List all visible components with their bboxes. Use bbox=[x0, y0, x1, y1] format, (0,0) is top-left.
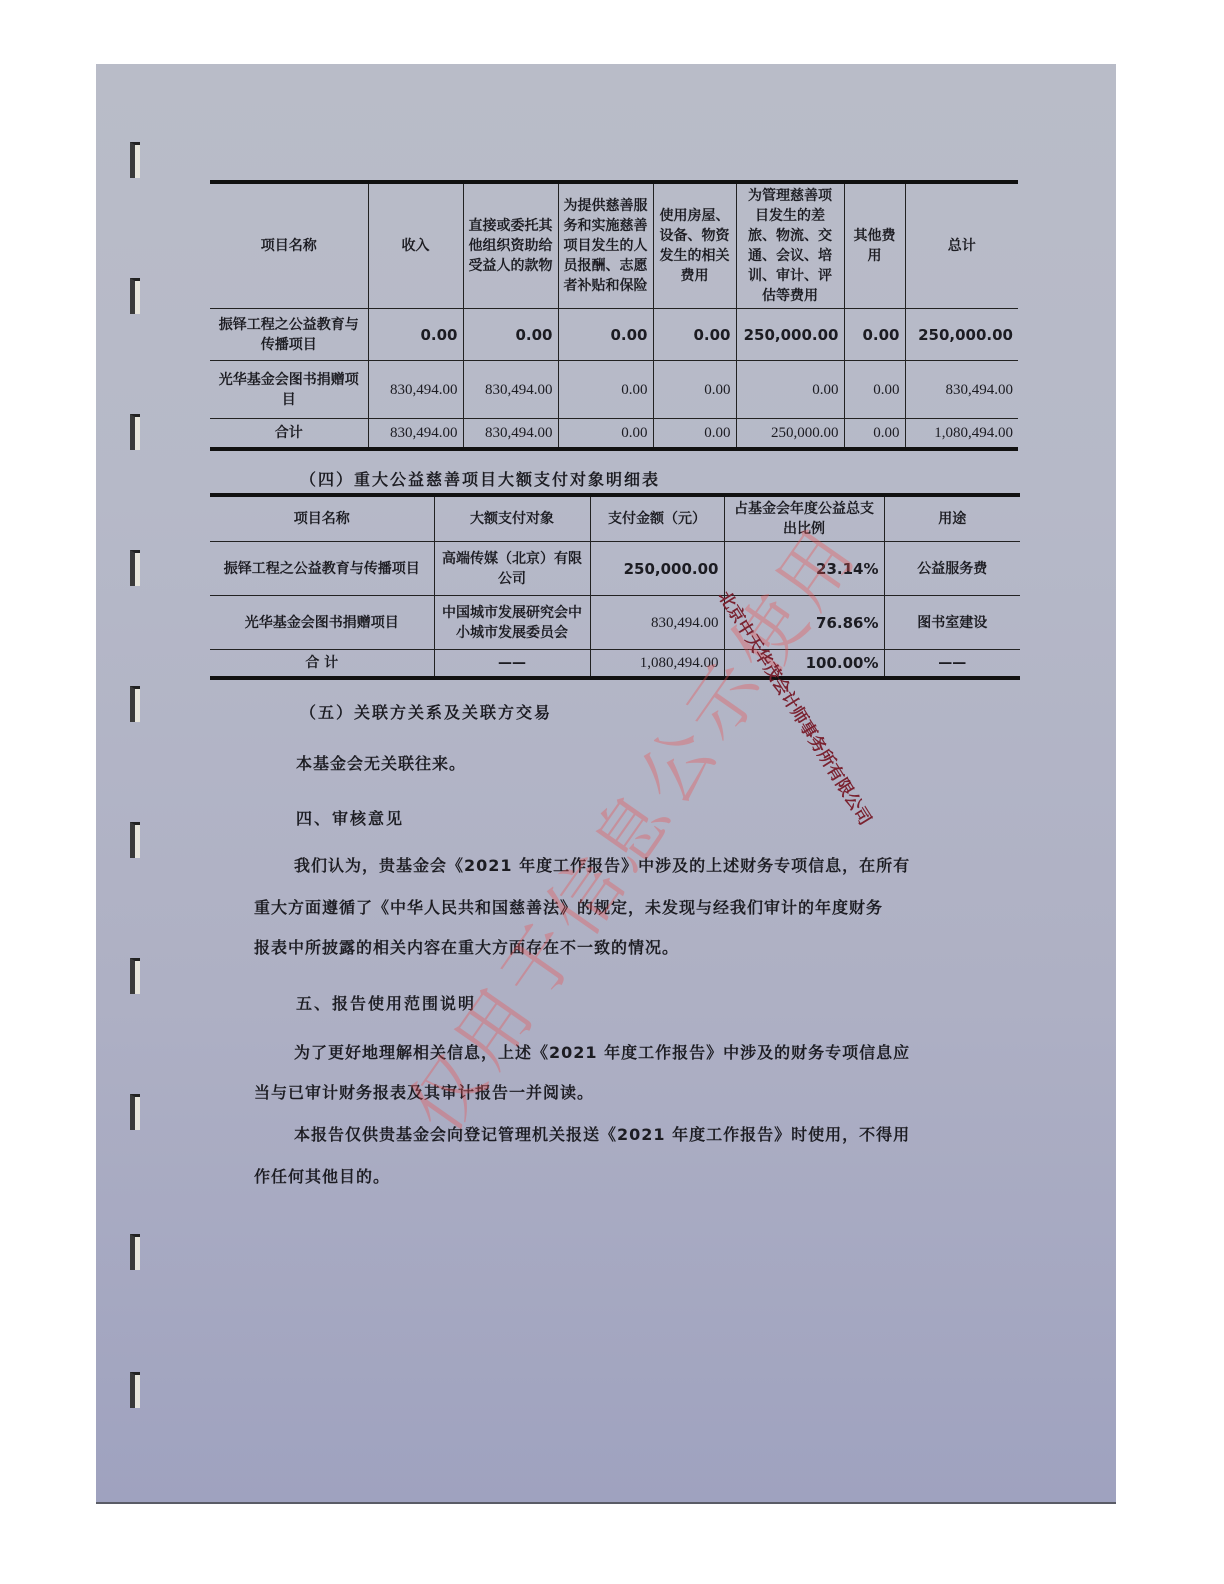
punch-hole bbox=[130, 958, 140, 994]
project-name: 光华基金会图书捐赠项目 bbox=[210, 596, 434, 650]
col-header: 收入 bbox=[368, 182, 463, 309]
cell-other: 0.00 bbox=[844, 361, 905, 419]
punch-hole bbox=[130, 1372, 140, 1408]
table-row: 光华基金会图书捐赠项目 830,494.00 830,494.00 0.00 0… bbox=[210, 361, 1018, 419]
col-header: 为管理慈善项目发生的差旅、物流、交通、会议、培训、审计、评估等费用 bbox=[736, 182, 844, 309]
purpose: 图书室建设 bbox=[884, 596, 1020, 650]
cell-management: 250,000.00 bbox=[736, 419, 844, 449]
table-row: 光华基金会图书捐赠项目 中国城市发展研究会中小城市发展委员会 830,494.0… bbox=[210, 596, 1020, 650]
col-header: 项目名称 bbox=[210, 495, 434, 542]
payee: —— bbox=[434, 650, 590, 678]
table-total-row: 合 计 —— 1,080,494.00 100.00% —— bbox=[210, 650, 1020, 678]
project-name: 合计 bbox=[210, 419, 368, 449]
amount: 1,080,494.00 bbox=[590, 650, 724, 678]
project-name: 光华基金会图书捐赠项目 bbox=[210, 361, 368, 419]
punch-hole bbox=[130, 550, 140, 586]
project-name: 合 计 bbox=[210, 650, 434, 678]
cell-management: 0.00 bbox=[736, 361, 844, 419]
punch-hole bbox=[130, 822, 140, 858]
audit-opinion-line: 报表中所披露的相关内容在重大方面存在不一致的情况。 bbox=[254, 926, 679, 970]
punch-hole bbox=[130, 686, 140, 722]
usage-scope-line: 为了更好地理解相关信息，上述《2021 年度工作报告》中涉及的财务专项信息应 bbox=[294, 1031, 910, 1075]
payee: 中国城市发展研究会中小城市发展委员会 bbox=[434, 596, 590, 650]
col-header: 总计 bbox=[905, 182, 1018, 309]
cell-personnel: 0.00 bbox=[558, 419, 653, 449]
table-row: 振铎工程之公益教育与传播项目 0.00 0.00 0.00 0.00 250,0… bbox=[210, 309, 1018, 361]
cell-total: 250,000.00 bbox=[905, 309, 1018, 361]
audit-opinion-line: 重大方面遵循了《中华人民共和国慈善法》的规定，未发现与经我们审计的年度财务 bbox=[254, 886, 883, 930]
cell-grants: 830,494.00 bbox=[463, 419, 558, 449]
col-header: 为提供慈善服务和实施慈善项目发生的人员报酬、志愿者补贴和保险 bbox=[558, 182, 653, 309]
col-header: 大额支付对象 bbox=[434, 495, 590, 542]
amount: 250,000.00 bbox=[590, 542, 724, 596]
ratio: 23.14% bbox=[724, 542, 884, 596]
punch-hole bbox=[130, 1234, 140, 1270]
cell-grants: 0.00 bbox=[463, 309, 558, 361]
punch-hole bbox=[130, 414, 140, 450]
punch-hole bbox=[130, 278, 140, 314]
cell-income: 830,494.00 bbox=[368, 361, 463, 419]
cell-facilities: 0.00 bbox=[653, 419, 736, 449]
col-header: 使用房屋、设备、物资发生的相关费用 bbox=[653, 182, 736, 309]
cell-other: 0.00 bbox=[844, 419, 905, 449]
section5-body: 本基金会无关联往来。 bbox=[296, 742, 466, 786]
cell-grants: 830,494.00 bbox=[463, 361, 558, 419]
cell-personnel: 0.00 bbox=[558, 309, 653, 361]
purpose: —— bbox=[884, 650, 1020, 678]
section5-title: （五）关联方关系及关联方交易 bbox=[300, 700, 552, 723]
expenditure-table: 项目名称 收入 直接或委托其他组织资助给受益人的款物 为提供慈善服务和实施慈善项… bbox=[210, 180, 1018, 451]
amount: 830,494.00 bbox=[590, 596, 724, 650]
col-header: 其他费用 bbox=[844, 182, 905, 309]
cell-facilities: 0.00 bbox=[653, 361, 736, 419]
cell-other: 0.00 bbox=[844, 309, 905, 361]
col-header: 项目名称 bbox=[210, 182, 368, 309]
table-row: 振铎工程之公益教育与传播项目 高端传媒（北京）有限公司 250,000.00 2… bbox=[210, 542, 1020, 596]
cell-total: 830,494.00 bbox=[905, 361, 1018, 419]
cell-facilities: 0.00 bbox=[653, 309, 736, 361]
col-header: 直接或委托其他组织资助给受益人的款物 bbox=[463, 182, 558, 309]
section4-title: （四）重大公益慈善项目大额支付对象明细表 bbox=[300, 467, 660, 490]
audit-opinion-title: 四、审核意见 bbox=[296, 806, 404, 829]
usage-scope-title: 五、报告使用范围说明 bbox=[296, 991, 476, 1014]
usage-scope-line: 本报告仅供贵基金会向登记管理机关报送《2021 年度工作报告》时使用，不得用 bbox=[294, 1113, 910, 1157]
project-name: 振铎工程之公益教育与传播项目 bbox=[210, 309, 368, 361]
usage-scope-line: 当与已审计财务报表及其审计报告一并阅读。 bbox=[254, 1071, 594, 1115]
col-header: 用途 bbox=[884, 495, 1020, 542]
table-header-row: 项目名称 收入 直接或委托其他组织资助给受益人的款物 为提供慈善服务和实施慈善项… bbox=[210, 182, 1018, 309]
col-header: 占基金会年度公益总支出比例 bbox=[724, 495, 884, 542]
cell-income: 0.00 bbox=[368, 309, 463, 361]
purpose: 公益服务费 bbox=[884, 542, 1020, 596]
usage-scope-line: 作任何其他目的。 bbox=[254, 1155, 390, 1199]
payee: 高端传媒（北京）有限公司 bbox=[434, 542, 590, 596]
cell-management: 250,000.00 bbox=[736, 309, 844, 361]
cell-total: 1,080,494.00 bbox=[905, 419, 1018, 449]
punch-hole bbox=[130, 142, 140, 178]
punch-hole bbox=[130, 1094, 140, 1130]
project-name: 振铎工程之公益教育与传播项目 bbox=[210, 542, 434, 596]
audit-opinion-line: 我们认为，贵基金会《2021 年度工作报告》中涉及的上述财务专项信息，在所有 bbox=[294, 844, 910, 888]
cell-income: 830,494.00 bbox=[368, 419, 463, 449]
table-total-row: 合计 830,494.00 830,494.00 0.00 0.00 250,0… bbox=[210, 419, 1018, 449]
large-payments-table: 项目名称 大额支付对象 支付金额（元） 占基金会年度公益总支出比例 用途 振铎工… bbox=[210, 493, 1020, 680]
cell-personnel: 0.00 bbox=[558, 361, 653, 419]
table-header-row: 项目名称 大额支付对象 支付金额（元） 占基金会年度公益总支出比例 用途 bbox=[210, 495, 1020, 542]
col-header: 支付金额（元） bbox=[590, 495, 724, 542]
